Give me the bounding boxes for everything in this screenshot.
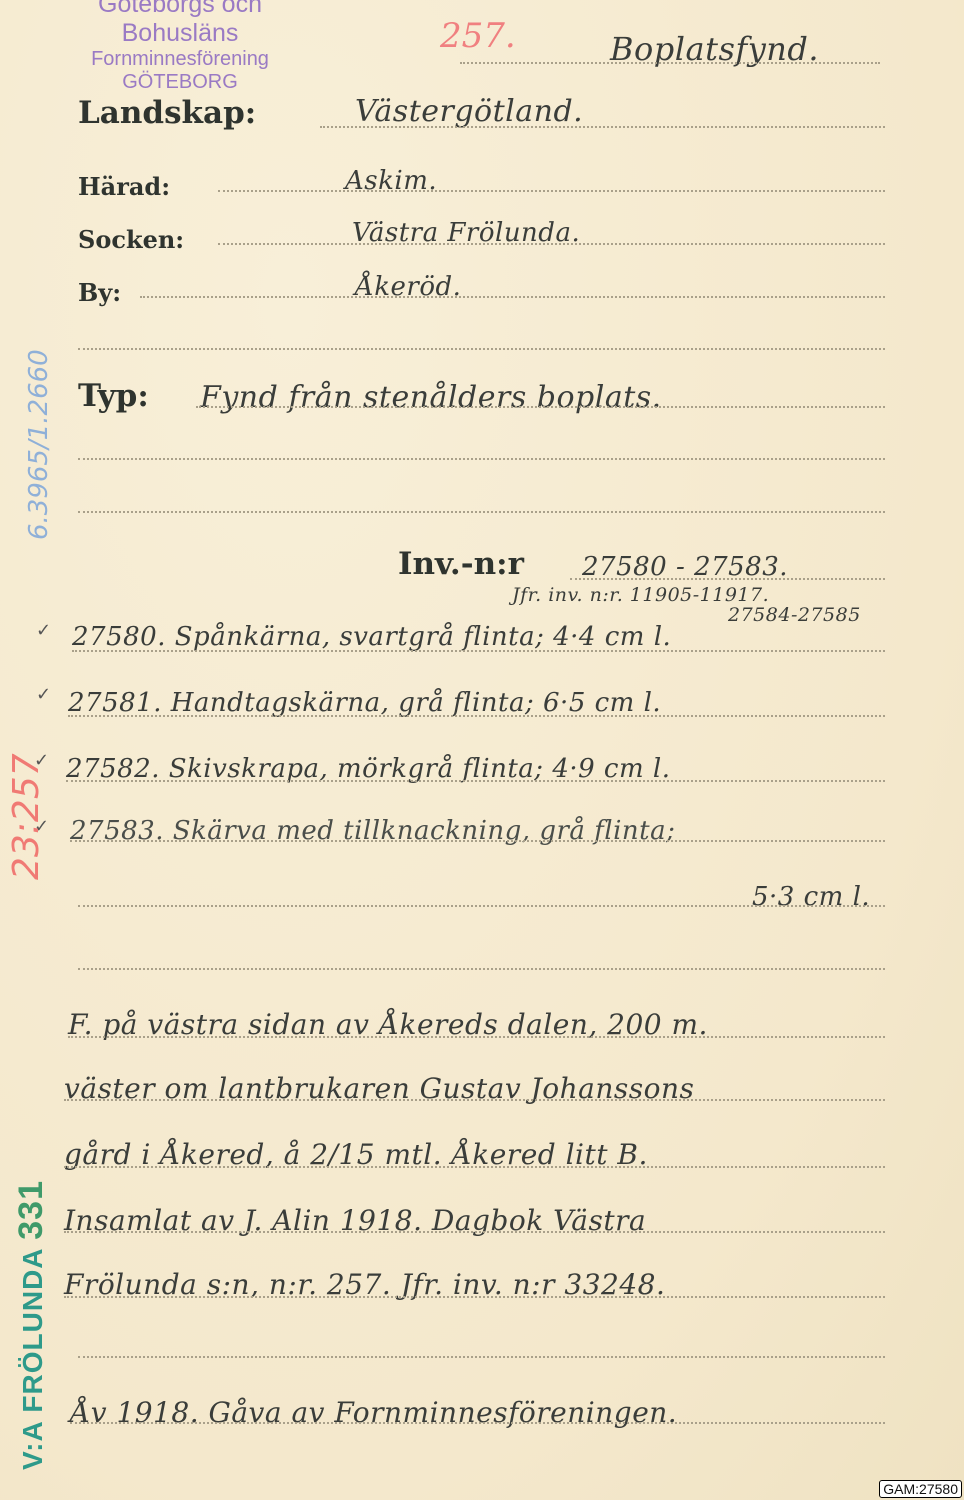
stamp-line-1: Göteborgs och xyxy=(50,0,310,19)
dotted-line xyxy=(66,780,885,782)
item-row: 27581. Handtagskärna, grå flinta; 6·5 cm… xyxy=(68,688,661,718)
socken-label: Socken: xyxy=(78,225,184,254)
stamp-line-4: GÖTEBORG xyxy=(50,71,310,94)
stamp-number: 331 xyxy=(12,1180,50,1240)
dotted-line xyxy=(570,578,885,580)
landskap-label: Landskap: xyxy=(78,95,256,131)
dotted-line xyxy=(140,296,885,298)
green-location-stamp: V:A FRÖLUNDA 331 xyxy=(12,1180,51,1470)
check-mark-icon: ✓ xyxy=(36,620,51,641)
dotted-line xyxy=(218,190,885,192)
dotted-line xyxy=(70,840,885,842)
inv-crossref-note-2: 27584-27585 xyxy=(728,604,861,626)
item-row-continuation: 5·3 cm l. xyxy=(752,882,870,912)
inv-label: Inv.-n:r xyxy=(398,546,524,582)
dotted-line xyxy=(64,1296,885,1298)
dotted-line xyxy=(64,1231,885,1233)
dotted-line xyxy=(78,511,885,513)
typ-value: Fynd från stenålders boplats. xyxy=(200,380,662,415)
acquisition-note: Åv 1918. Gåva av Fornminnesföreningen. xyxy=(70,1396,677,1429)
dotted-line xyxy=(68,1036,885,1038)
dotted-line xyxy=(460,62,880,64)
by-label: By: xyxy=(78,278,121,307)
landskap-value: Västergötland. xyxy=(355,94,583,129)
check-mark-icon: ✓ xyxy=(36,684,51,705)
card-number: 257. xyxy=(440,16,516,56)
dotted-line xyxy=(78,458,885,460)
item-row: 27580. Spånkärna, svartgrå flinta; 4·4 c… xyxy=(72,622,671,652)
dotted-line xyxy=(78,968,885,970)
dotted-line xyxy=(64,1099,885,1101)
blue-pencil-reference: 6.3965/1.2660 xyxy=(24,349,54,540)
dotted-line xyxy=(68,715,885,717)
dotted-line xyxy=(320,126,885,128)
stamp-line-2: Bohusläns xyxy=(50,19,310,48)
dotted-line xyxy=(70,1422,885,1424)
dotted-line xyxy=(78,348,885,350)
dotted-line xyxy=(78,1356,885,1358)
society-stamp: Göteborgs och Bohusläns Fornminnesföreni… xyxy=(50,0,310,94)
inv-crossref-note: Jfr. inv. n:r. 11905-11917. xyxy=(512,584,769,606)
dotted-line xyxy=(196,406,885,408)
typ-label: Typ: xyxy=(78,378,149,414)
red-pencil-reference: 23:257 xyxy=(6,753,47,880)
dotted-line xyxy=(64,1166,885,1168)
stamp-line-3: Fornminnesförening xyxy=(50,48,310,71)
dotted-line xyxy=(218,243,885,245)
archive-id-tag: GAM:27580 xyxy=(879,1480,962,1498)
dotted-line xyxy=(72,650,885,652)
stamp-place: V:A FRÖLUNDA xyxy=(17,1249,48,1470)
dotted-line xyxy=(78,905,885,907)
harad-label: Härad: xyxy=(78,172,170,201)
